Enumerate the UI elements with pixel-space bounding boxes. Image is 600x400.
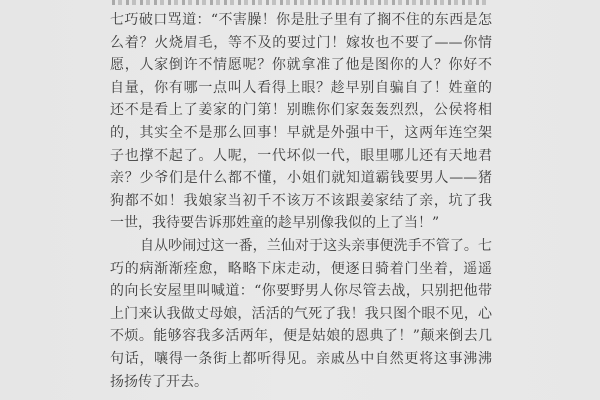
text-line: 么着？火烧眉毛，等不及的要过门！嫁妆也不要了——你情 — [110, 32, 492, 55]
text-line: 巧的病渐渐痊愈，略略下床走动，便逐日骑着门坐着，遥遥 — [110, 258, 492, 281]
text-line: 不烦。能够容我多活两年，便是姑娘的恩典了！”颠来倒去几 — [110, 325, 492, 348]
text-line: 句话，嚷得一条街上都听得见。亲戚丛中自然更将这事沸沸 — [110, 348, 492, 371]
clipped-top-text-line — [112, 0, 490, 5]
body-text: 七巧破口骂道：“不害臊！你是肚子里有了搁不住的东西是怎 么着？火烧眉毛，等不及的… — [110, 9, 492, 393]
paragraph-first-line: 自从吵闹过这一番，兰仙对于这头亲事便洗手不管了。七 — [110, 235, 492, 258]
text-line: 狗都不如！我娘家当初千不该万不该跟姜家结了亲，坑了我 — [110, 190, 492, 213]
text-line: 的，其实全不是那么回事！早就是外强中干，这两年连空架 — [110, 122, 492, 145]
text-line: 还不是看上了姜家的门第！别瞧你们家轰轰烈烈，公侯将相 — [110, 99, 492, 122]
scanned-book-page: 七巧破口骂道：“不害臊！你是肚子里有了搁不住的东西是怎 么着？火烧眉毛，等不及的… — [0, 0, 600, 400]
text-line: 亲？少爷们是什么都不懂，小姐们就知道霸钱要男人——猪 — [110, 167, 492, 190]
text-line: 七巧破口骂道：“不害臊！你是肚子里有了搁不住的东西是怎 — [110, 9, 492, 32]
text-line: 愿，人家倒许不情愿呢？你就拿准了他是图你的人？你好不 — [110, 54, 492, 77]
text-line: 自量，你有哪一点叫人看得上眼？趁早别自骗自了！姓童的 — [110, 77, 492, 100]
text-line: 上门来认我做丈母娘，活活的气死了我！我只图个眼不见，心 — [110, 303, 492, 326]
paragraph-last-line: 一世，我待要告诉那姓童的趁早别像我似的上了当！” — [110, 212, 492, 235]
text-line: 的向长安屋里叫喊道：“你要野男人你尽管去战，只别把他带 — [110, 280, 492, 303]
paragraph-last-line: 扬扬传了开去。 — [110, 371, 492, 394]
text-line: 子也撑不起了。人呢，一代坏似一代，眼里哪儿还有天地君 — [110, 145, 492, 168]
